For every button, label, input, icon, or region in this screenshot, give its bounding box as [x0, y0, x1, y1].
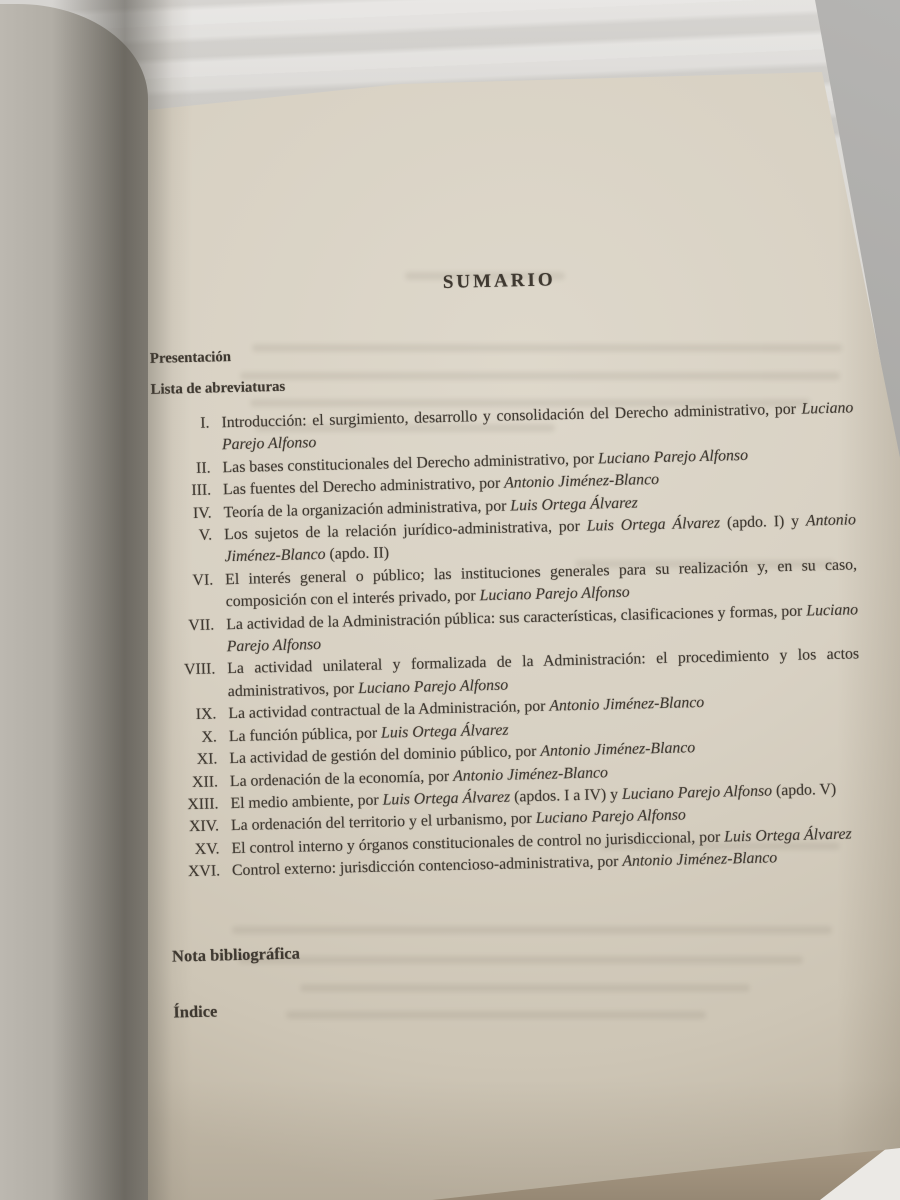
author-name: Antonio Jiménez-Blanco — [622, 849, 777, 870]
footer-nota-bibliografica: Nota bibliográfica — [172, 930, 866, 965]
toc-item-number: II. — [152, 457, 223, 481]
front-matter-presentacion: Presentación — [150, 334, 852, 368]
author-name: Luciano Parejo Alfonso — [622, 782, 772, 803]
toc-item-number: XII. — [160, 771, 231, 795]
toc-item-number: IV. — [153, 502, 224, 526]
author-name: Luciano Parejo Alfonso — [358, 676, 508, 697]
front-matter-abreviaturas: Lista de abreviaturas — [151, 365, 853, 399]
author-name: Antonio Jiménez-Blanco — [504, 471, 659, 492]
author-name: Luis Ortega Álvarez — [510, 494, 638, 514]
toc-item-number: XIV. — [161, 815, 232, 839]
page-content: SUMARIO Presentación Lista de abreviatur… — [148, 262, 867, 1021]
toc-front-matter: Presentación Lista de abreviaturas — [150, 334, 853, 399]
toc-item-number: XI. — [159, 748, 230, 772]
author-name: Luciano Parejo Alfonso — [479, 584, 629, 605]
author-name: Antonio Jiménez-Blanco — [549, 694, 704, 715]
toc-item-number: X. — [159, 726, 230, 750]
author-name: Antonio Jiménez-Blanco — [453, 764, 608, 785]
author-name: Luis Ortega Álvarez — [381, 721, 509, 741]
toc-item-number: V. — [154, 524, 225, 570]
toc-item-number: III. — [153, 479, 224, 503]
author-name: Luciano Parejo Alfonso — [536, 807, 686, 828]
toc-item-number: XIII. — [160, 793, 231, 817]
author-name: Antonio Jiménez-Blanco — [540, 739, 695, 760]
toc-item-number: IX. — [158, 703, 229, 727]
toc-item-number: I. — [151, 412, 222, 458]
author-name: Luciano Parejo Alfonso — [598, 447, 748, 468]
toc-item-number: XVI. — [162, 860, 233, 884]
author-name: Luis Ortega Álvarez — [587, 515, 721, 535]
author-name: Luis Ortega Álvarez — [382, 788, 510, 808]
author-name: Luis Ortega Álvarez — [724, 825, 852, 845]
toc-item-number: VI. — [155, 569, 226, 615]
toc-item-number: VIII. — [157, 659, 228, 705]
book-photo: SUMARIO Presentación Lista de abreviatur… — [0, 0, 900, 1200]
toc-list: I.Introducción: el surgimiento, desarrol… — [151, 397, 864, 884]
toc-item-number: XV. — [161, 838, 232, 862]
toc-item-number: VII. — [156, 614, 227, 660]
